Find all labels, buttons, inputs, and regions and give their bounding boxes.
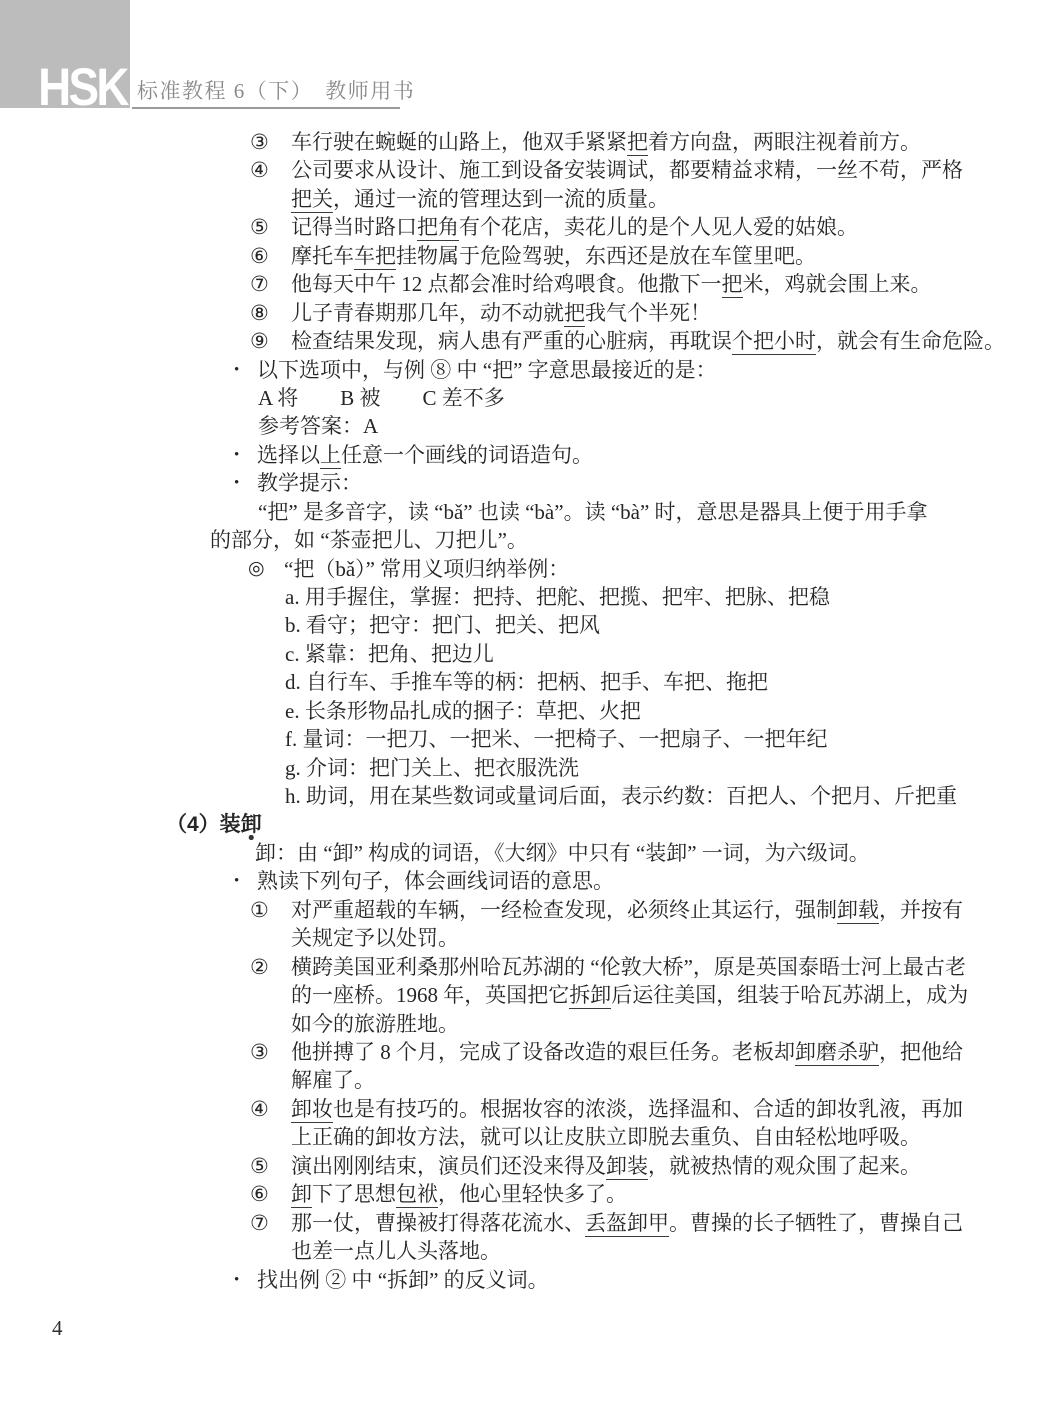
text-line: •以下选项中，与例 ⑧ 中 “把” 字意思最接近的是： xyxy=(0,356,1039,384)
line-text: 横跨美国亚利桑那州哈瓦苏湖的 “伦敦大桥”，原是英国泰晤士河上最古老 xyxy=(291,953,1039,981)
text-line: 把关，通过一流的管理达到一流的质量。 xyxy=(0,185,1039,213)
text-line: ④卸妆也是有技巧的。根据妆容的浓淡，选择温和、合适的卸妆乳液，再加 xyxy=(0,1095,1039,1123)
line-text: a. 用手握住，掌握：把持、把舵、把揽、把牢、把脉、把稳 xyxy=(285,583,1039,611)
line-text: 的部分，如 “茶壶把儿、刀把儿”。 xyxy=(210,526,1039,554)
text-line: ⑨检查结果发现，病人患有严重的心脏病，再耽误个把小时，就会有生命危险。 xyxy=(0,327,1039,355)
item-number-marker: ③ xyxy=(250,128,269,156)
text-line: 也差一点儿人头落地。 xyxy=(0,1237,1039,1265)
item-number-marker: ⑦ xyxy=(250,1209,269,1237)
line-text: 卸下了思想包袱，他心里轻快多了。 xyxy=(291,1180,1039,1208)
header-rule xyxy=(132,107,400,109)
hsk-logo-box: HSK xyxy=(0,0,130,108)
line-text: 熟读下列句子，体会画线词语的意思。 xyxy=(257,867,1039,895)
line-text: 对严重超载的车辆，一经检查发现，必须终止其运行，强制卸载，并按有 xyxy=(291,896,1039,924)
line-text: b. 看守；把守：把门、把关、把风 xyxy=(285,611,1039,639)
text-line: “把” 是多音字，读 “bǎ” 也读 “bà”。读 “bà” 时，意思是器具上便… xyxy=(0,498,1039,526)
line-text: 他拼搏了 8 个月，完成了设备改造的艰巨任务。老板却卸磨杀驴，把他给 xyxy=(291,1038,1039,1066)
line-text: 教学提示： xyxy=(257,469,1039,497)
text-line: ⑤记得当时路口把角有个花店，卖花儿的是个人见人爱的姑娘。 xyxy=(0,213,1039,241)
hsk-logo: HSK xyxy=(38,61,127,114)
line-text: 也差一点儿人头落地。 xyxy=(291,1237,1039,1265)
item-number-marker: ⑦ xyxy=(250,270,269,298)
text-line: h. 助词，用在某些数词或量词后面，表示约数：百把人、个把月、斤把重 xyxy=(0,782,1039,810)
line-text: 卸：由 “卸” 构成的词语，《大纲》中只有 “装卸” 一词，为六级词。 xyxy=(255,839,1039,867)
item-number-marker: ⑥ xyxy=(250,242,269,270)
text-line: （4）装卸 xyxy=(0,811,1039,839)
content-lines: ③车行驶在蜿蜒的山路上，他双手紧紧把着方向盘，两眼注视着前方。④公司要求从设计、… xyxy=(0,128,1039,1294)
text-line: ◎“把（bǎ）” 常用义项归纳举例： xyxy=(0,555,1039,583)
text-line: ⑤演出刚刚结束，演员们还没来得及卸装，就被热情的观众围了起来。 xyxy=(0,1152,1039,1180)
book-title: 标准教程 6（下） 教师用书 xyxy=(137,79,415,104)
line-text: 儿子青春期那几年，动不动就把我气个半死！ xyxy=(291,299,1039,327)
line-text: 那一仗，曹操被打得落花流水、丢盔卸甲。曹操的长子牺牲了，曹操自己 xyxy=(291,1209,1039,1237)
text-line: 如今的旅游胜地。 xyxy=(0,1010,1039,1038)
bullet-icon: • xyxy=(234,356,239,384)
line-text: 公司要求从设计、施工到设备安装调试，都要精益求精，一丝不苟，严格 xyxy=(291,156,1039,184)
text-line: ①对严重超载的车辆，一经检查发现，必须终止其运行，强制卸载，并按有 xyxy=(0,896,1039,924)
item-number-marker: ⑨ xyxy=(250,327,269,355)
item-number-marker: ③ xyxy=(250,1038,269,1066)
item-number-marker: ⑧ xyxy=(250,299,269,327)
line-text: （4）装卸 xyxy=(166,811,1039,839)
line-text: 的一座桥。1968 年，英国把它拆卸后运往美国，组装于哈瓦苏湖上，成为 xyxy=(291,981,1039,1009)
page-number: 4 xyxy=(52,1316,63,1341)
line-text: 把关，通过一流的管理达到一流的质量。 xyxy=(291,185,1039,213)
line-text: 演出刚刚结束，演员们还没来得及卸装，就被热情的观众围了起来。 xyxy=(291,1152,1039,1180)
line-text: d. 自行车、手推车等的柄：把柄、把手、车把、拖把 xyxy=(285,668,1039,696)
text-line: a. 用手握住，掌握：把持、把舵、把揽、把牢、把脉、把稳 xyxy=(0,583,1039,611)
text-line: 的一座桥。1968 年，英国把它拆卸后运往美国，组装于哈瓦苏湖上，成为 xyxy=(0,981,1039,1009)
text-line: ③车行驶在蜿蜒的山路上，他双手紧紧把着方向盘，两眼注视着前方。 xyxy=(0,128,1039,156)
line-text: A 将 B 被 C 差不多 xyxy=(258,384,1039,412)
line-text: 车行驶在蜿蜒的山路上，他双手紧紧把着方向盘，两眼注视着前方。 xyxy=(291,128,1039,156)
line-text: 参考答案：A xyxy=(258,412,1039,440)
text-line: d. 自行车、手推车等的柄：把柄、把手、车把、拖把 xyxy=(0,668,1039,696)
line-text: 以下选项中，与例 ⑧ 中 “把” 字意思最接近的是： xyxy=(257,356,1039,384)
text-line: 的部分，如 “茶壶把儿、刀把儿”。 xyxy=(0,526,1039,554)
text-line: ③他拼搏了 8 个月，完成了设备改造的艰巨任务。老板却卸磨杀驴，把他给 xyxy=(0,1038,1039,1066)
line-text: 卸妆也是有技巧的。根据妆容的浓淡，选择温和、合适的卸妆乳液，再加 xyxy=(291,1095,1039,1123)
line-text: 如今的旅游胜地。 xyxy=(291,1010,1039,1038)
text-line: g. 介词：把门关上、把衣服洗洗 xyxy=(0,754,1039,782)
line-text: “把（bǎ）” 常用义项归纳举例： xyxy=(284,555,1039,583)
line-text: 检查结果发现，病人患有严重的心脏病，再耽误个把小时，就会有生命危险。 xyxy=(291,327,1039,355)
text-line: 关规定予以处罚。 xyxy=(0,924,1039,952)
item-number-marker: ⑤ xyxy=(250,1152,269,1180)
item-number-marker: ④ xyxy=(250,1095,269,1123)
text-line: ⑦他每天中午 12 点都会准时给鸡喂食。他撒下一把米，鸡就会围上来。 xyxy=(0,270,1039,298)
item-number-marker: ⑥ xyxy=(250,1180,269,1208)
text-line: •找出例 ② 中 “拆卸” 的反义词。 xyxy=(0,1266,1039,1294)
bullet-icon: • xyxy=(234,441,239,469)
line-text: 他每天中午 12 点都会准时给鸡喂食。他撒下一把米，鸡就会围上来。 xyxy=(291,270,1039,298)
bullet-icon: • xyxy=(234,867,239,895)
text-line: ⑧儿子青春期那几年，动不动就把我气个半死！ xyxy=(0,299,1039,327)
line-text: e. 长条形物品扎成的捆子：草把、火把 xyxy=(285,697,1039,725)
text-line: A 将 B 被 C 差不多 xyxy=(0,384,1039,412)
item-number-marker: ④ xyxy=(250,156,269,184)
line-text: 记得当时路口把角有个花店，卖花儿的是个人见人爱的姑娘。 xyxy=(291,213,1039,241)
text-line: ⑦那一仗，曹操被打得落花流水、丢盔卸甲。曹操的长子牺牲了，曹操自己 xyxy=(0,1209,1039,1237)
item-number-marker: ◎ xyxy=(248,555,265,583)
item-number-marker: ① xyxy=(250,896,269,924)
line-text: f. 量词：一把刀、一把米、一把椅子、一把扇子、一把年纪 xyxy=(285,725,1039,753)
text-line: •熟读下列句子，体会画线词语的意思。 xyxy=(0,867,1039,895)
item-number-marker: ⑤ xyxy=(250,213,269,241)
text-line: •教学提示： xyxy=(0,469,1039,497)
text-line: ④公司要求从设计、施工到设备安装调试，都要精益求精，一丝不苟，严格 xyxy=(0,156,1039,184)
text-line: 卸：由 “卸” 构成的词语，《大纲》中只有 “装卸” 一词，为六级词。 xyxy=(0,839,1039,867)
line-text: c. 紧靠：把角、把边儿 xyxy=(285,640,1039,668)
line-text: “把” 是多音字，读 “bǎ” 也读 “bà”。读 “bà” 时，意思是器具上便… xyxy=(258,498,1039,526)
text-line: ⑥摩托车车把挂物属于危险驾驶，东西还是放在车筐里吧。 xyxy=(0,242,1039,270)
book-page: HSK 标准教程 6（下） 教师用书 ③车行驶在蜿蜒的山路上，他双手紧紧把着方向… xyxy=(0,0,1039,1401)
text-line: e. 长条形物品扎成的捆子：草把、火把 xyxy=(0,697,1039,725)
bullet-icon: • xyxy=(234,469,239,497)
line-text: 解雇了。 xyxy=(291,1066,1039,1094)
text-line: f. 量词：一把刀、一把米、一把椅子、一把扇子、一把年纪 xyxy=(0,725,1039,753)
line-text: 选择以上任意一个画线的词语造句。 xyxy=(257,441,1039,469)
line-text: 找出例 ② 中 “拆卸” 的反义词。 xyxy=(257,1266,1039,1294)
line-text: g. 介词：把门关上、把衣服洗洗 xyxy=(285,754,1039,782)
line-text: 摩托车车把挂物属于危险驾驶，东西还是放在车筐里吧。 xyxy=(291,242,1039,270)
text-line: b. 看守；把守：把门、把关、把风 xyxy=(0,611,1039,639)
text-line: c. 紧靠：把角、把边儿 xyxy=(0,640,1039,668)
line-text: 上正确的卸妆方法，就可以让皮肤立即脱去重负、自由轻松地呼吸。 xyxy=(291,1123,1039,1151)
text-line: 解雇了。 xyxy=(0,1066,1039,1094)
text-line: 上正确的卸妆方法，就可以让皮肤立即脱去重负、自由轻松地呼吸。 xyxy=(0,1123,1039,1151)
item-number-marker: ② xyxy=(250,953,269,981)
text-line: ⑥卸下了思想包袱，他心里轻快多了。 xyxy=(0,1180,1039,1208)
line-text: 关规定予以处罚。 xyxy=(291,924,1039,952)
text-line: 参考答案：A xyxy=(0,412,1039,440)
text-line: •选择以上任意一个画线的词语造句。 xyxy=(0,441,1039,469)
line-text: h. 助词，用在某些数词或量词后面，表示约数：百把人、个把月、斤把重 xyxy=(285,782,1039,810)
bullet-icon: • xyxy=(234,1266,239,1294)
text-line: ②横跨美国亚利桑那州哈瓦苏湖的 “伦敦大桥”，原是英国泰晤士河上最古老 xyxy=(0,953,1039,981)
